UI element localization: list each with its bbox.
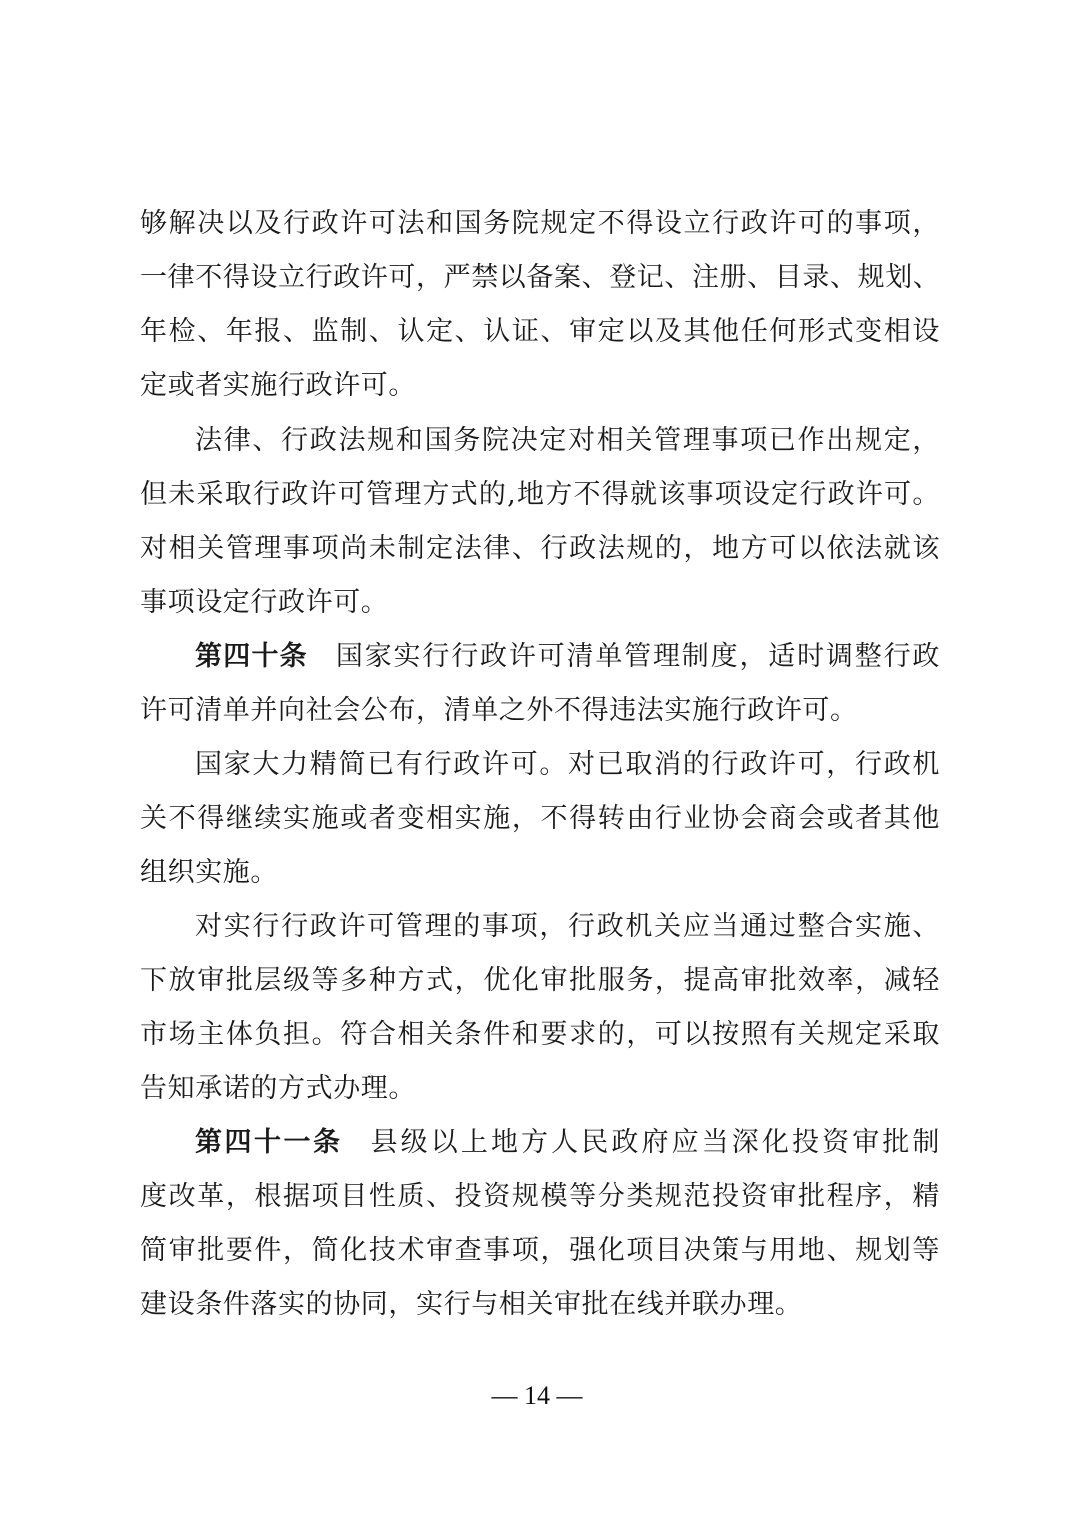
text-line: 定或者实施行政许可。 [140,366,940,406]
text-line: 但未采取行政许可管理方式的,地方不得就该事项设定行政许可。 [140,475,940,515]
text-line: 度改革，根据项目性质、投资规模等分类规范投资审批程序，精 [140,1177,940,1217]
text-line: 告知承诺的方式办理。 [140,1069,940,1109]
text-line: 对相关管理事项尚未制定法律、行政法规的，地方可以依法就该 [140,529,940,569]
text-line: 关不得继续实施或者变相实施，不得转由行业协会商会或者其他 [140,799,940,839]
text-line: 许可清单并向社会公布，清单之外不得违法实施行政许可。 [140,691,940,731]
article-number: 第四十一条 [195,1127,343,1158]
article-text: 国家实行行政许可清单管理制度，适时调整行政 [336,641,940,672]
document-page: 够解决以及行政许可法和国务院规定不得设立行政许可的事项， 一律不得设立行政许可，… [0,0,1074,1520]
text-line: 下放审批层级等多种方式，优化审批服务，提高审批效率，减轻 [140,961,940,1001]
text-line: 建设条件落实的协同，实行与相关审批在线并联办理。 [140,1285,940,1325]
text-line: 市场主体负担。符合相关条件和要求的，可以按照有关规定采取 [140,1015,940,1055]
page-number: — 14 — [0,1381,1074,1411]
text-line: 对实行行政许可管理的事项，行政机关应当通过整合实施、 [195,907,940,947]
article-text: 县级以上地方人民政府应当深化投资审批制 [371,1127,940,1158]
text-line: 年检、年报、监制、认定、认证、审定以及其他任何形式变相设 [140,312,940,352]
text-line: 事项设定行政许可。 [140,583,940,623]
article-number: 第四十条 [195,641,308,672]
text-line: 法律、行政法规和国务院决定对相关管理事项已作出规定， [195,421,940,461]
text-line: 国家大力精简已有行政许可。对已取消的行政许可，行政机 [195,745,940,785]
article-40-first-line: 第四十条国家实行行政许可清单管理制度，适时调整行政 [195,637,940,677]
text-line: 够解决以及行政许可法和国务院规定不得设立行政许可的事项， [140,204,940,244]
text-line: 一律不得设立行政许可，严禁以备案、登记、注册、目录、规划、 [140,258,940,298]
text-line: 简审批要件，简化技术审查事项，强化项目决策与用地、规划等 [140,1231,940,1271]
text-line: 组织实施。 [140,853,940,893]
article-41-first-line: 第四十一条县级以上地方人民政府应当深化投资审批制 [195,1123,940,1163]
